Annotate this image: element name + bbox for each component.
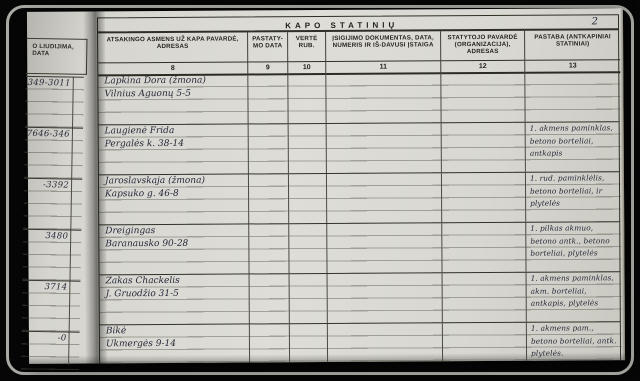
- name-cell: Lapkina Dora (žmona) Vilnius Aguonų 5-5: [98, 74, 248, 124]
- remark-cell: 1. rud. paminklėlis, betono borteliai, i…: [526, 172, 621, 222]
- remark-cell: 1. akmens pam., betono borteliai, antk. …: [527, 322, 622, 361]
- remark-cell: 1. akmens paminklas, akm. borteliai, ant…: [527, 272, 622, 322]
- ledger-table: KAPO STATINIŲ 2 ATSAKINGO ASMENS UŽ KAPA…: [97, 14, 621, 363]
- grid-cell: [441, 73, 525, 123]
- margin-header-line2: DATA: [32, 50, 84, 58]
- margin-row: 3714: [22, 280, 81, 332]
- margin-column-body: 349-3011 7646-346 -3392 3480 3714 -0: [21, 76, 84, 365]
- margin-number: 7646-346: [25, 128, 70, 141]
- grid-cell: [443, 323, 527, 362]
- column-header-row: ATSAKINGO ASMENS UŽ KAPA PAVARDĖ, ADRESA…: [97, 30, 619, 63]
- remark-text: 1. pilkas akmuo, betono antk., betono bo…: [530, 222, 619, 260]
- table-row: Laugienė Frida Pergalės k. 38-14 1. akme…: [98, 122, 620, 175]
- responsible-name: Jaroslavskaja (žmona): [105, 174, 246, 187]
- grid-cell: [289, 124, 327, 173]
- remark-text: 1. akmens paminklas, betono borteliai, a…: [530, 122, 619, 160]
- remark-text: 1. akmens pam., betono borteliai, antk. …: [531, 322, 620, 360]
- name-cell: Bikė Ukmergės 9-14: [100, 324, 250, 363]
- name-cell: Zakas Chackelis J. Gruodžio 31-5: [100, 274, 250, 324]
- table-row: Jaroslavskaja (žmona) Kapsuko g. 46-8 1.…: [98, 172, 620, 225]
- page-number: 2: [592, 16, 598, 27]
- margin-row: 3480: [22, 229, 81, 281]
- responsible-name: Zakas Chackelis: [106, 274, 247, 287]
- responsible-name: Bikė: [106, 324, 247, 337]
- remark-cell: [525, 72, 620, 122]
- grid-cell: [248, 74, 288, 123]
- grid-cell: [442, 223, 526, 273]
- table-row: Zakas Chackelis J. Gruodžio 31-5 1. akme…: [99, 272, 621, 325]
- name-cell: Laugienė Frida Pergalės k. 38-14: [99, 124, 249, 174]
- grid-cell: [249, 174, 289, 223]
- grid-cell: [289, 174, 327, 223]
- margin-number: 3480: [23, 230, 68, 243]
- grid-cell: [250, 324, 290, 362]
- table-title-row: KAPO STATINIŲ 2: [97, 14, 619, 33]
- name-cell: Jaroslavskaja (žmona) Kapsuko g. 46-8: [99, 174, 249, 224]
- responsible-name: Dreigingas: [105, 224, 246, 237]
- responsible-address: Ukmergės 9-14: [106, 337, 247, 350]
- photo-of-ledger: O LIUDIJIMA, DATA 349-3011 7646-346 -339…: [0, 0, 640, 381]
- col-header-8: ATSAKINGO ASMENS UŽ KAPA PAVARDĖ, ADRESA…: [98, 32, 248, 63]
- table-title: KAPO STATINIŲ: [285, 20, 398, 30]
- margin-row: 7646-346: [24, 127, 83, 179]
- name-cell: Dreigingas Baranausko 90-28: [99, 224, 249, 274]
- ledger-page: O LIUDIJIMA, DATA 349-3011 7646-346 -339…: [27, 8, 625, 364]
- grid-cell: [327, 223, 442, 273]
- grid-cell: [326, 73, 441, 123]
- col-header-12: STATYTOJO PAVARDĖ (ORGANIZACIJA), ADRESA…: [441, 31, 525, 62]
- table-row: Bikė Ukmergės 9-14 1. akmens pam., beton…: [99, 322, 621, 363]
- grid-cell: [290, 274, 328, 323]
- grid-cell: [288, 74, 326, 123]
- binding-gutter-shadow: [83, 11, 107, 363]
- table-row: Dreigingas Baranausko 90-28 1. pilkas ak…: [98, 222, 620, 275]
- grid-cell: [443, 273, 527, 323]
- responsible-address: J. Gruodžio 31-5: [106, 287, 247, 300]
- grid-cell: [250, 274, 290, 323]
- remark-cell: 1. akmens paminklas, betono borteliai, a…: [526, 122, 621, 172]
- remark-cell: 1. pilkas akmuo, betono antk., betono bo…: [526, 222, 621, 272]
- margin-number: 3714: [22, 281, 67, 294]
- remark-text: 1. rud. paminklėlis, betono borteliai, i…: [530, 172, 619, 210]
- grid-cell: [327, 173, 442, 223]
- grid-cell: [442, 173, 526, 223]
- grid-cell: [442, 123, 526, 173]
- responsible-address: Pergalės k. 38-14: [105, 137, 246, 150]
- margin-row: -3392: [23, 178, 82, 230]
- remark-text: 1. akmens paminklas, akm. borteliai, ant…: [531, 272, 620, 310]
- responsible-name: Laugienė Frida: [105, 124, 246, 137]
- responsible-address: Baranausko 90-28: [105, 237, 246, 250]
- margin-column-header: O LIUDIJIMA, DATA: [26, 38, 88, 75]
- col-header-9: PASTATY-MO DATA: [248, 32, 288, 62]
- responsible-address: Vilnius Aguonų 5-5: [104, 87, 245, 100]
- margin-row: -0: [21, 331, 80, 371]
- responsible-name: Lapkina Dora (žmona): [104, 74, 245, 87]
- grid-cell: [327, 123, 442, 173]
- responsible-address: Kapsuko g. 46-8: [105, 187, 246, 200]
- margin-number: -0: [21, 332, 66, 345]
- margin-row: 349-3011: [25, 76, 84, 128]
- grid-cell: [249, 224, 289, 273]
- margin-number: 349-3011: [26, 77, 71, 90]
- col-header-11: ĮSIGIJIMO DOKUMENTAS, DATA, NUMERIS IR I…: [326, 31, 441, 62]
- grid-cell: [289, 224, 327, 273]
- col-header-10: VERTĖ RUB.: [288, 32, 326, 62]
- col-header-13: PASTABA (ANTKAPINIAI STATINIAI): [525, 30, 620, 61]
- remark-text: [529, 72, 618, 73]
- grid-cell: [328, 273, 443, 323]
- grid-cell: [249, 124, 289, 173]
- margin-column: O LIUDIJIMA, DATA 349-3011 7646-346 -339…: [21, 12, 91, 365]
- margin-number: -3392: [24, 179, 69, 192]
- table-row: Lapkina Dora (žmona) Vilnius Aguonų 5-5: [97, 72, 619, 125]
- grid-cell: [328, 323, 443, 362]
- grid-cell: [290, 324, 328, 362]
